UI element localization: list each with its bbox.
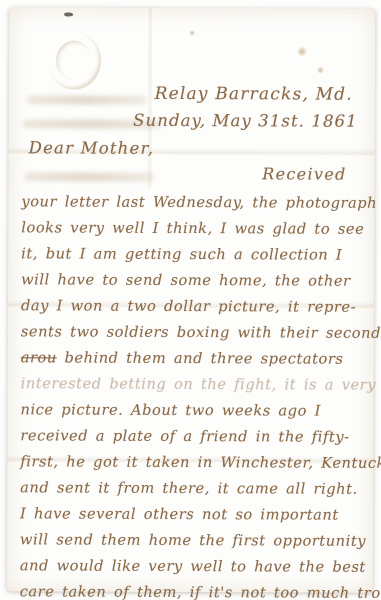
letter-line: received a plate of a friend in the fift… (20, 423, 367, 451)
letter-line: will have to send some home, the other (21, 267, 368, 295)
foxing-stain (297, 46, 307, 56)
letter-line: sents two soldiers boxing with their sec… (21, 319, 368, 347)
foxing-stain (189, 30, 195, 36)
date-line: Sunday, May 31st. 1861 (133, 111, 358, 131)
letter-line: and would like very well to have the bes… (20, 553, 367, 581)
bleed-through-smudge (27, 95, 147, 105)
location-line: Relay Barracks, Md. (155, 84, 353, 105)
letter-line-faded: interested betting on the fight, it is a… (21, 371, 368, 399)
letter-photograph: Relay Barracks, Md. Sunday, May 31st. 18… (0, 0, 381, 600)
letter-line: I have several others not so important (20, 501, 367, 529)
ink-speck (64, 12, 73, 16)
letter-line: first, he got it taken in Winchester, Ke… (20, 449, 367, 477)
letter-body: your letter last Wednesday, the photogra… (20, 189, 369, 600)
embossed-stationery-seal (47, 31, 101, 89)
letter-line-text: behind them and three spectators (64, 349, 343, 367)
letter-line: looks very well I think, I was glad to s… (21, 215, 368, 243)
letter-line-with-strikethrough: arou behind them and three spectators (21, 345, 368, 373)
strikethrough-word: arou (21, 349, 57, 366)
bleed-through-smudge (25, 172, 155, 182)
letter-line: and sent it from there, it came all righ… (20, 475, 367, 503)
salutation: Dear Mother, (29, 138, 155, 158)
letter-line: will send them home the first opportunit… (20, 527, 367, 555)
letter-line: it, but I am getting such a collection I (21, 241, 368, 269)
letter-line: your letter last Wednesday, the photogra… (21, 189, 368, 217)
letter-line: care taken of them, if it's not too much… (20, 579, 367, 600)
letter-line: nice picture. About two weeks ago I (20, 397, 367, 425)
opening-word: Received (262, 164, 346, 183)
embossed-seal-inner-ring (56, 40, 92, 80)
foxing-stain (317, 67, 324, 74)
letter-paper: Relay Barracks, Md. Sunday, May 31st. 18… (7, 7, 376, 593)
letter-line: day I won a two dollar picture, it repre… (21, 293, 368, 321)
